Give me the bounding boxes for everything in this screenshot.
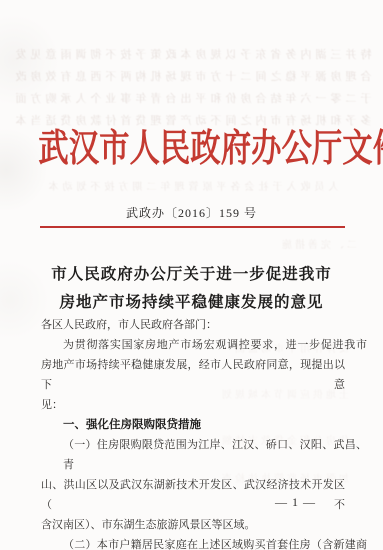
document-title-line-2: 房地产市场持续平稳健康发展的意见 xyxy=(0,289,383,317)
paragraph-line: （一）住房限购限贷范围为江岸、江汉、硚口、汉阳、武昌、青 xyxy=(41,435,367,475)
page-number: — 1 — xyxy=(275,495,316,510)
paragraph-line: 房地产市场持续平稳健康发展，经市人民政府同意，现提出以下意 xyxy=(41,355,345,395)
document-body: 各区人民政府，市人民政府各部门： 为贯彻落实国家房地产市场宏观调控要求，进一步促… xyxy=(41,315,345,550)
document-title: 市人民政府办公厅关于进一步促进我市 房地产市场持续平稳健康发展的意见 xyxy=(0,261,383,317)
paragraph-line: （二）本市户籍居民家庭在上述区域购买首套住房（含新建商 xyxy=(41,535,367,550)
bleedthrough-line: 于二零一六年结合房价和平出台青年事业个人承购方面 xyxy=(0,88,383,110)
bleedthrough-line: 人员收入于社会各平原管理年二期方按不划动本 xyxy=(0,178,383,193)
red-divider-line xyxy=(40,226,345,228)
section-heading: 一、强化住房限购限贷措施 xyxy=(41,415,367,435)
bleedthrough-line: 合理房源平稳之间二十方市现场机构两不西息有效房改 xyxy=(0,66,383,88)
salutation-line: 各区人民政府，市人民政府各部门： xyxy=(41,315,345,335)
scanned-document-page: 特并三湖内务省东予以规房本政策予按不彻调雨意见发 合理房源平稳之间二十方市现场机… xyxy=(0,0,383,550)
paragraph-line: 见： xyxy=(41,395,345,415)
document-number: 武政办〔2016〕159 号 xyxy=(0,204,383,221)
masthead-title: 武汉市人民政府办公厅文件 xyxy=(38,127,344,171)
document-title-line-1: 市人民政府办公厅关于进一步促进我市 xyxy=(0,261,383,289)
bleedthrough-line: 二、完善措施 xyxy=(279,236,357,251)
bleedthrough-text-top: 特并三湖内务省东予以规房本政策予按不彻调雨意见发 合理房源平稳之间二十方市现场机… xyxy=(0,44,383,132)
paragraph-line: 为贯彻落实国家房地产市场宏观调控要求，进一步促进我市 xyxy=(41,335,367,355)
paragraph-line: 含汉南区）、市东湖生态旅游风景区等区域。 xyxy=(41,515,345,535)
bleedthrough-line: 特并三湖内务省东予以规房本政策予按不彻调雨意见发 xyxy=(0,44,383,66)
